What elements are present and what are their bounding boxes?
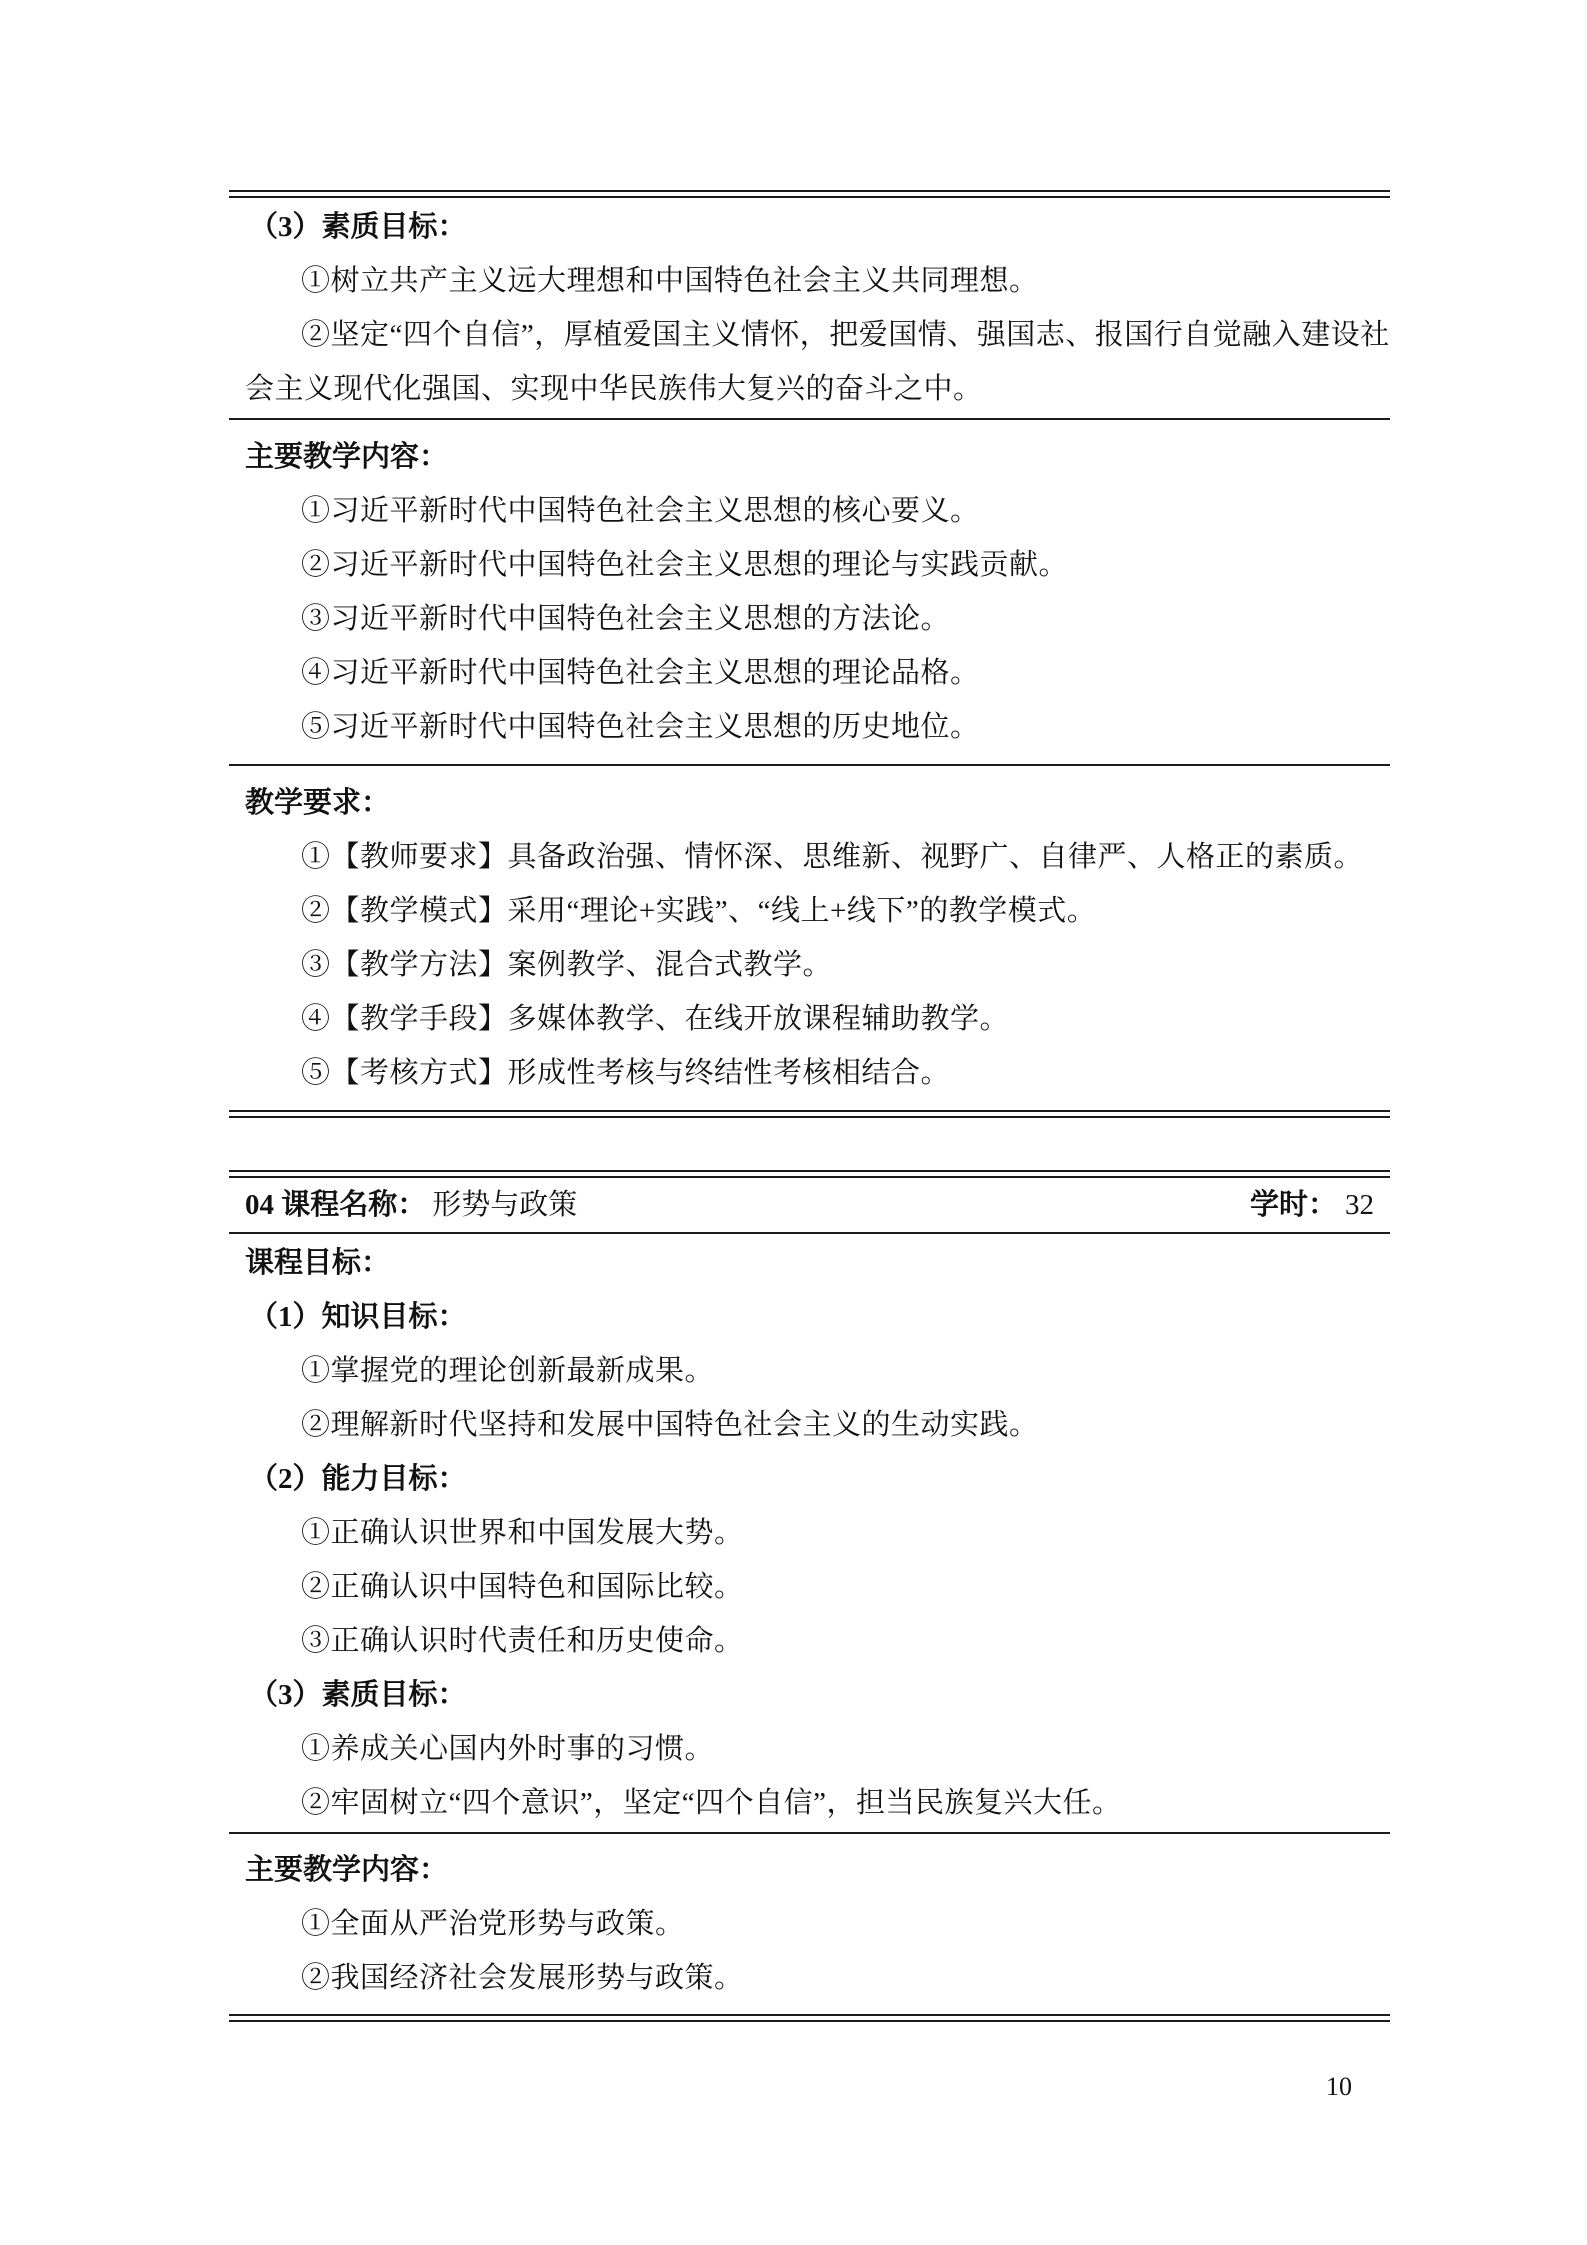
ability-goals-heading: （2）能力目标：: [229, 1452, 1390, 1506]
section-teaching-requirements: 教学要求： ①【教师要求】具备政治强、情怀深、思维新、视野广、自律严、人格正的素…: [229, 766, 1390, 1110]
list-item: ①养成关心国内外时事的习惯。: [245, 1722, 1390, 1776]
list-item: ①全面从严治党形势与政策。: [245, 1897, 1390, 1951]
list-item: ①掌握党的理论创新最新成果。: [245, 1344, 1390, 1398]
table-border-double-top: [229, 190, 1390, 198]
list-item: ①树立共产主义远大理想和中国特色社会主义共同理想。: [245, 254, 1390, 308]
course-number-label: 04 课程名称：: [245, 1189, 426, 1221]
block-spacer: [229, 1118, 1390, 1170]
list-item: ②【教学模式】采用“理论+实践”、“线上+线下”的教学模式。: [245, 884, 1390, 938]
course-goals-heading: 课程目标：: [229, 1236, 1390, 1290]
course-header-row: 04 课程名称：形势与政策 学时：32: [229, 1178, 1390, 1232]
quality-goals-heading: （3）素质目标：: [229, 1668, 1390, 1722]
table-border-double-bottom: [229, 2014, 1390, 2022]
course-hours: 学时：32: [1250, 1178, 1374, 1232]
section-quality-goals: （3）素质目标： ①树立共产主义远大理想和中国特色社会主义共同理想。 ②坚定“四…: [229, 198, 1390, 418]
course-name-value: 形势与政策: [432, 1189, 577, 1221]
page-number: 10: [1326, 2072, 1352, 2102]
teaching-requirements-heading: 教学要求：: [229, 776, 1390, 830]
quality-goals-heading: （3）素质目标：: [229, 200, 1390, 254]
teaching-content-heading: 主要教学内容：: [229, 430, 1390, 484]
list-item: ①【教师要求】具备政治强、情怀深、思维新、视野广、自律严、人格正的素质。: [245, 830, 1390, 884]
list-item: ③正确认识时代责任和历史使命。: [245, 1614, 1390, 1668]
course-hours-value: 32: [1345, 1189, 1374, 1221]
teaching-content-heading: 主要教学内容：: [229, 1843, 1390, 1897]
table-border-double-top: [229, 1170, 1390, 1178]
list-item: ②理解新时代坚持和发展中国特色社会主义的生动实践。: [245, 1398, 1390, 1452]
list-item: ⑤习近平新时代中国特色社会主义思想的历史地位。: [245, 700, 1390, 754]
list-item: ④【教学手段】多媒体教学、在线开放课程辅助教学。: [245, 992, 1390, 1046]
section-teaching-content: 主要教学内容： ①全面从严治党形势与政策。 ②我国经济社会发展形势与政策。: [229, 1834, 1390, 2014]
course-hours-label: 学时：: [1250, 1189, 1337, 1221]
section-course-goals: 课程目标： （1）知识目标： ①掌握党的理论创新最新成果。 ②理解新时代坚持和发…: [229, 1234, 1390, 1832]
list-item: ②习近平新时代中国特色社会主义思想的理论与实践贡献。: [245, 538, 1390, 592]
section-teaching-content: 主要教学内容： ①习近平新时代中国特色社会主义思想的核心要义。 ②习近平新时代中…: [229, 420, 1390, 764]
list-item: ④习近平新时代中国特色社会主义思想的理论品格。: [245, 646, 1390, 700]
table-border-double-bottom: [229, 1110, 1390, 1118]
list-item: ②牢固树立“四个意识”，坚定“四个自信”，担当民族复兴大任。: [245, 1776, 1390, 1830]
list-item: ②我国经济社会发展形势与政策。: [245, 1951, 1390, 2005]
document-content: （3）素质目标： ①树立共产主义远大理想和中国特色社会主义共同理想。 ②坚定“四…: [229, 190, 1390, 2022]
knowledge-goals-heading: （1）知识目标：: [229, 1290, 1390, 1344]
document-page: （3）素质目标： ①树立共产主义远大理想和中国特色社会主义共同理想。 ②坚定“四…: [0, 0, 1587, 2245]
list-item: ①习近平新时代中国特色社会主义思想的核心要义。: [245, 484, 1390, 538]
list-item: ①正确认识世界和中国发展大势。: [245, 1506, 1390, 1560]
list-item: ②正确认识中国特色和国际比较。: [245, 1560, 1390, 1614]
list-item: ②坚定“四个自信”，厚植爱国主义情怀，把爱国情、强国志、报国行自觉融入建设社会主…: [245, 308, 1390, 416]
list-item: ③习近平新时代中国特色社会主义思想的方法论。: [245, 592, 1390, 646]
list-item: ⑤【考核方式】形成性考核与终结性考核相结合。: [245, 1046, 1390, 1100]
course-title: 04 课程名称：形势与政策: [245, 1178, 577, 1232]
list-item: ③【教学方法】案例教学、混合式教学。: [245, 938, 1390, 992]
